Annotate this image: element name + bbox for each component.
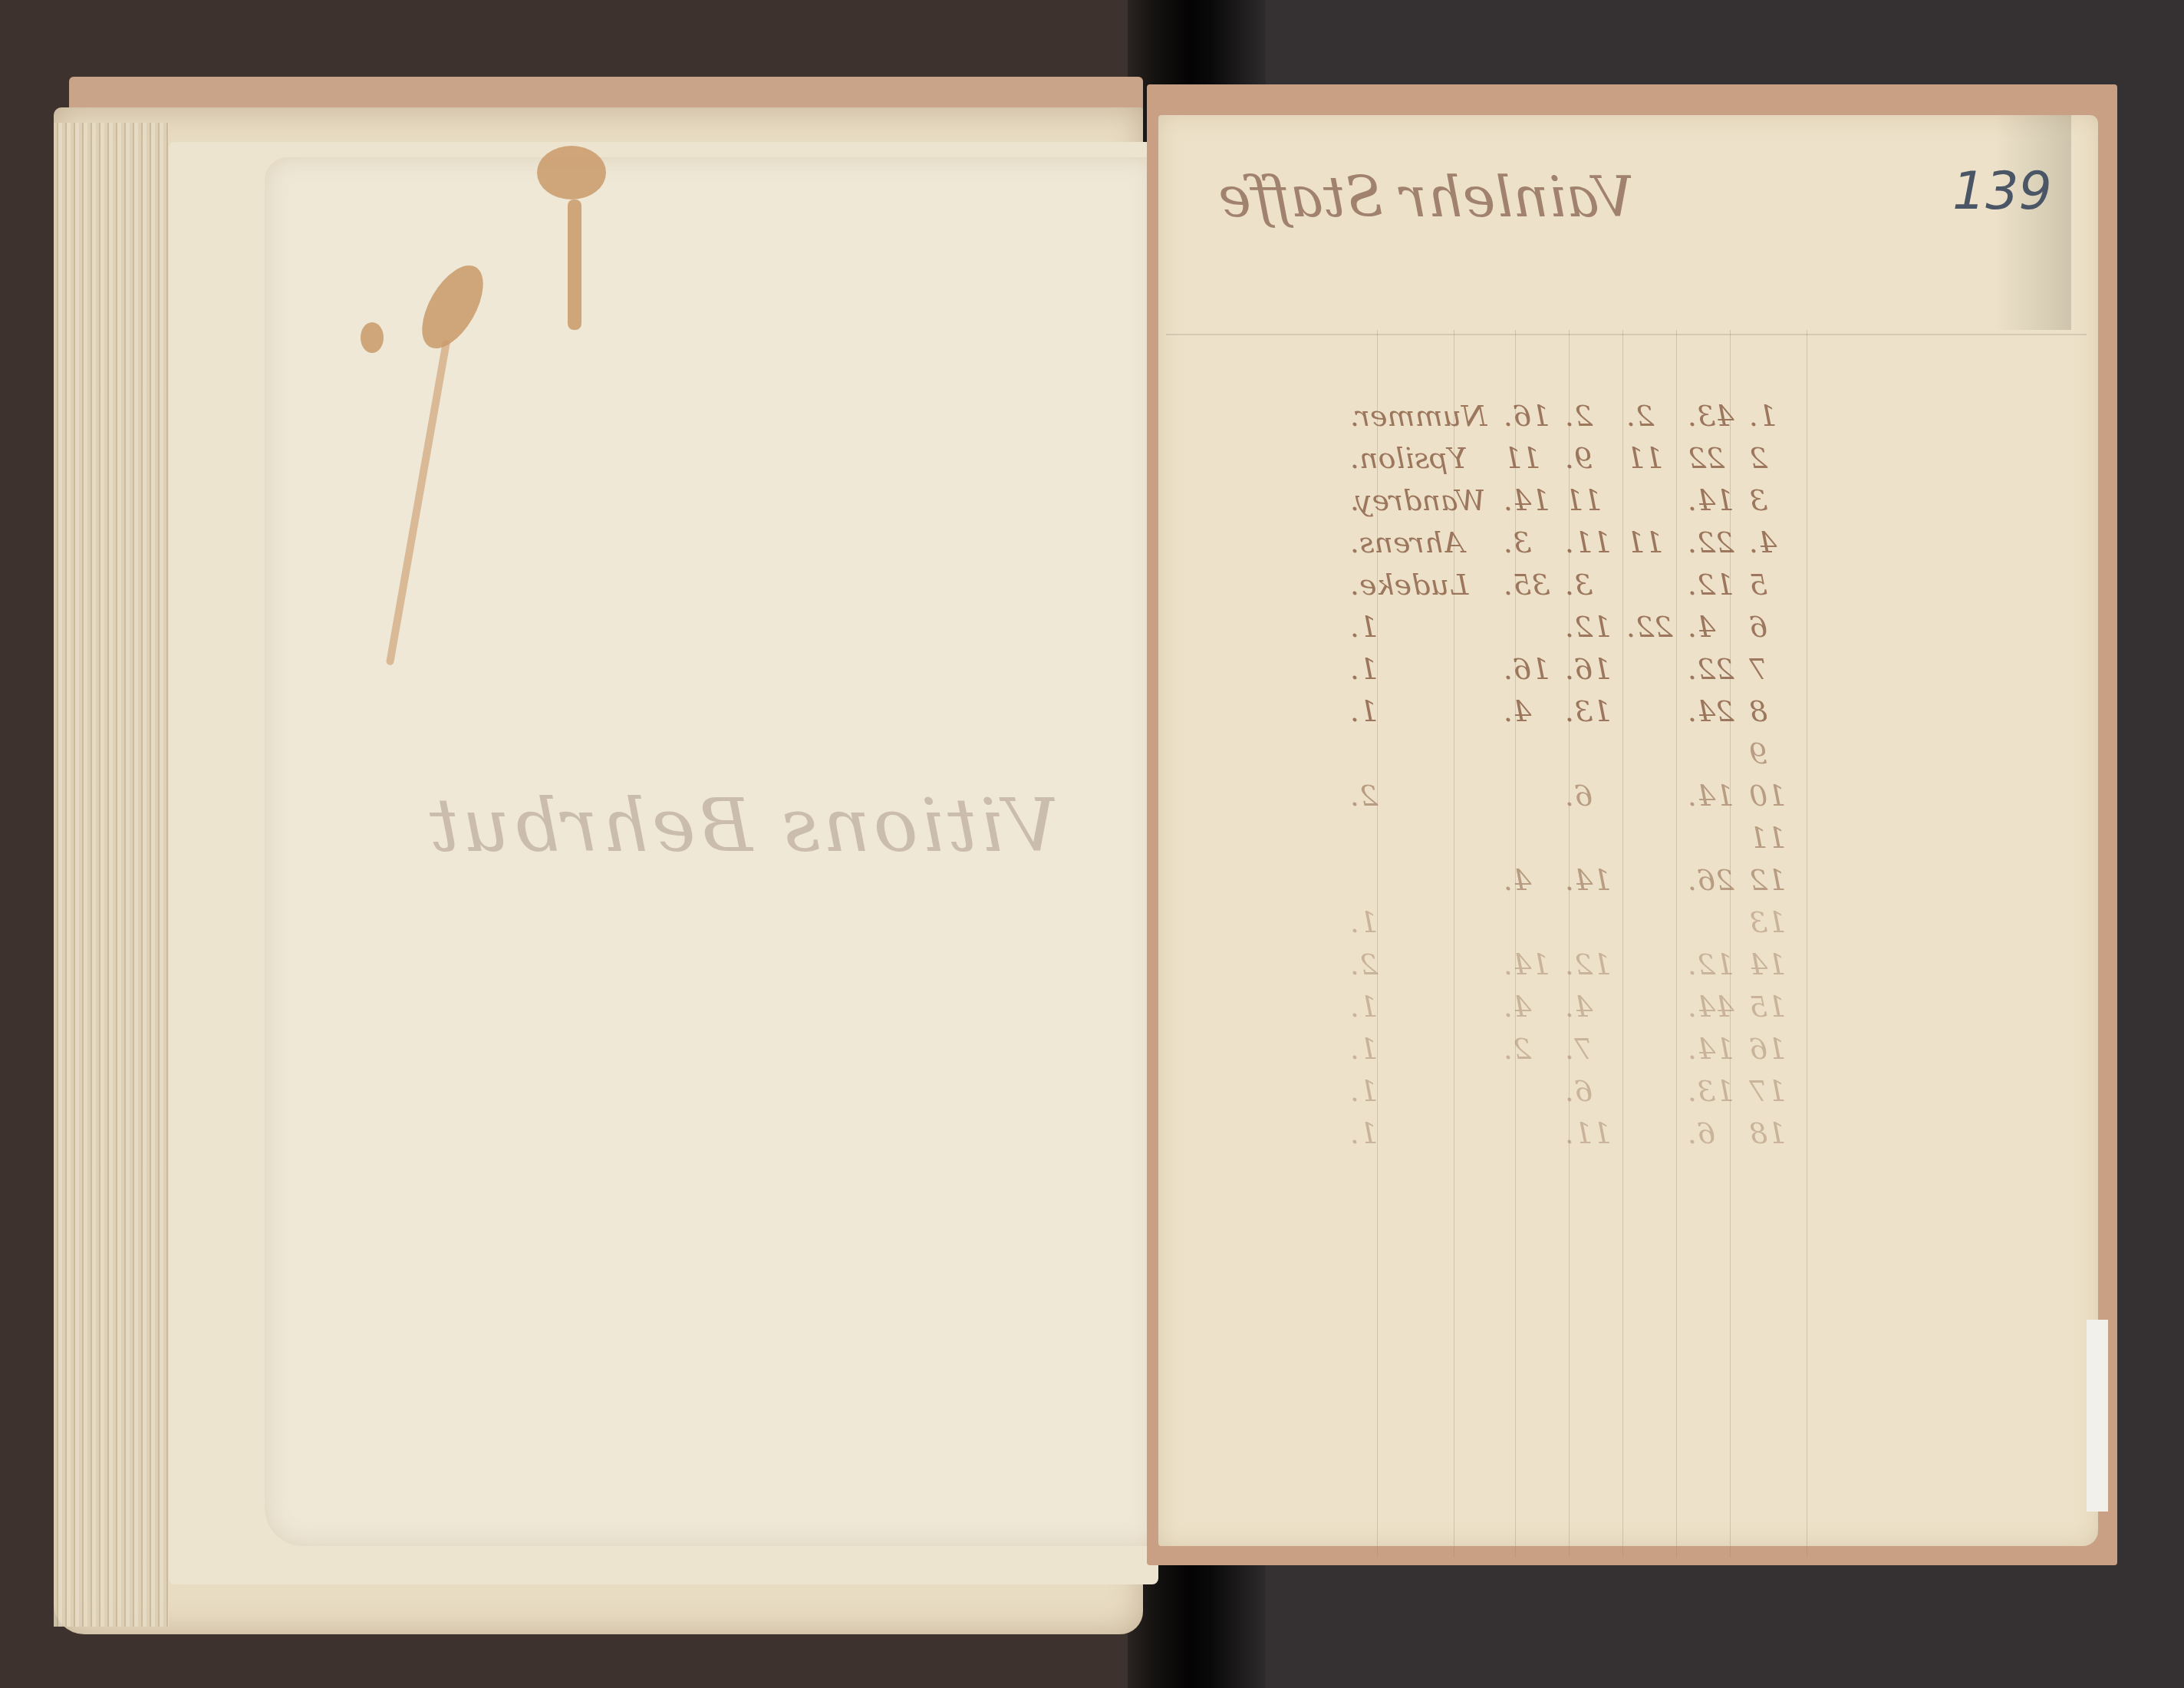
table-cell: 3. xyxy=(1504,526,1531,559)
table-cell: 4. xyxy=(1504,694,1531,728)
table-cell: 8 xyxy=(1749,694,1767,728)
table-cell: 16 xyxy=(1749,1032,1786,1066)
table-cell: 2 xyxy=(1749,441,1767,475)
table-cell: 9 xyxy=(1749,737,1767,770)
table-cell: 4. xyxy=(1565,990,1593,1024)
table-cell: 11 xyxy=(1749,821,1786,855)
table-cell: 2. xyxy=(1565,399,1593,433)
table-cell: 12. xyxy=(1688,948,1734,981)
table-rule xyxy=(1622,330,1623,1558)
right-page-offset-header: Vainlehr Staffe xyxy=(1174,165,1634,249)
table-cell: 14 xyxy=(1749,948,1786,981)
table-cell: 26. xyxy=(1688,863,1734,897)
page-number: 139 xyxy=(1952,161,2052,222)
table-cell: 14. xyxy=(1565,863,1611,897)
table-cell: 1. xyxy=(1350,1116,1378,1150)
table-cell: Ypsilon. xyxy=(1350,441,1468,475)
table-cell: 4. xyxy=(1504,990,1531,1024)
table-cell: 2. xyxy=(1504,1032,1531,1066)
table-cell: Nummer. xyxy=(1350,399,1487,433)
table-cell: 3. xyxy=(1565,568,1593,602)
table-cell: 10 xyxy=(1749,779,1786,813)
table-cell: 6. xyxy=(1688,1116,1715,1150)
table-rule xyxy=(1807,330,1807,1558)
left-page-offset-title: Vitions Behrbut xyxy=(460,783,1059,867)
table-cell: 6 xyxy=(1749,610,1767,644)
table-cell: 11 xyxy=(1565,483,1602,517)
table-cell: 6. xyxy=(1565,1074,1593,1108)
table-cell: 1. xyxy=(1350,694,1378,728)
table-cell: 22. xyxy=(1626,610,1672,644)
table-cell: 18 xyxy=(1749,1116,1786,1150)
ink-stain xyxy=(537,146,606,199)
table-cell: 1. xyxy=(1350,1074,1378,1108)
header-rule-line xyxy=(1166,334,2087,335)
table-cell: 1. xyxy=(1350,990,1378,1024)
table-cell: 12. xyxy=(1688,568,1734,602)
table-cell: 1. xyxy=(1350,1032,1378,1066)
right-page xyxy=(1158,115,2098,1546)
page-corner-shadow xyxy=(1995,115,2071,330)
table-cell: 35. xyxy=(1504,568,1550,602)
page-stack-edges xyxy=(54,123,169,1627)
table-cell: 9. xyxy=(1565,441,1593,475)
table-cell: 15 xyxy=(1749,990,1786,1024)
table-cell: Wandrey. xyxy=(1350,483,1485,517)
table-cell: 2. xyxy=(1350,948,1378,981)
table-cell: 16. xyxy=(1504,399,1550,433)
table-cell: 13. xyxy=(1688,1074,1734,1108)
table-cell: 14. xyxy=(1688,483,1734,517)
table-cell: 11 xyxy=(1626,441,1663,475)
table-cell: 22. xyxy=(1688,652,1734,686)
table-cell: 12. xyxy=(1565,610,1611,644)
table-cell: Ludeke. xyxy=(1350,568,1468,602)
ink-stain xyxy=(361,322,384,353)
table-cell: 1. xyxy=(1749,399,1777,433)
table-cell: 14. xyxy=(1504,948,1550,981)
table-cell: 16. xyxy=(1504,652,1550,686)
table-cell: 6. xyxy=(1565,779,1593,813)
table-cell: 24. xyxy=(1688,694,1734,728)
table-cell: 3 xyxy=(1749,483,1767,517)
table-cell: 14. xyxy=(1688,1032,1734,1066)
ink-stain xyxy=(568,199,581,330)
table-cell: 14. xyxy=(1504,483,1550,517)
table-cell: 7. xyxy=(1565,1032,1593,1066)
table-cell: 5 xyxy=(1749,568,1767,602)
table-cell: Ahrens. xyxy=(1350,526,1464,559)
table-cell: 44. xyxy=(1688,990,1734,1024)
table-cell: 1. xyxy=(1350,652,1378,686)
paper-tab xyxy=(2087,1320,2108,1512)
table-cell: 4. xyxy=(1504,863,1531,897)
table-cell: 16. xyxy=(1565,652,1611,686)
table-cell: 4. xyxy=(1688,610,1715,644)
table-cell: 13. xyxy=(1565,694,1611,728)
table-cell: 1. xyxy=(1350,610,1378,644)
table-cell: 43. xyxy=(1688,399,1734,433)
table-cell: 2. xyxy=(1626,399,1654,433)
table-cell: 1. xyxy=(1350,905,1378,939)
table-cell: 17 xyxy=(1749,1074,1786,1108)
table-cell: 11 xyxy=(1504,441,1540,475)
table-cell: 11. xyxy=(1565,1116,1611,1150)
table-cell: 2. xyxy=(1350,779,1378,813)
table-cell: 22 xyxy=(1688,441,1724,475)
table-cell: 7 xyxy=(1749,652,1767,686)
table-cell: 22. xyxy=(1688,526,1734,559)
table-cell: 14. xyxy=(1688,779,1734,813)
table-cell: 12. xyxy=(1565,948,1611,981)
table-rule xyxy=(1676,330,1677,1558)
table-cell: 11 xyxy=(1626,526,1663,559)
table-cell: 4. xyxy=(1749,526,1777,559)
table-cell: 12 xyxy=(1749,863,1786,897)
table-cell: 13 xyxy=(1749,905,1786,939)
table-cell: 11. xyxy=(1565,526,1611,559)
